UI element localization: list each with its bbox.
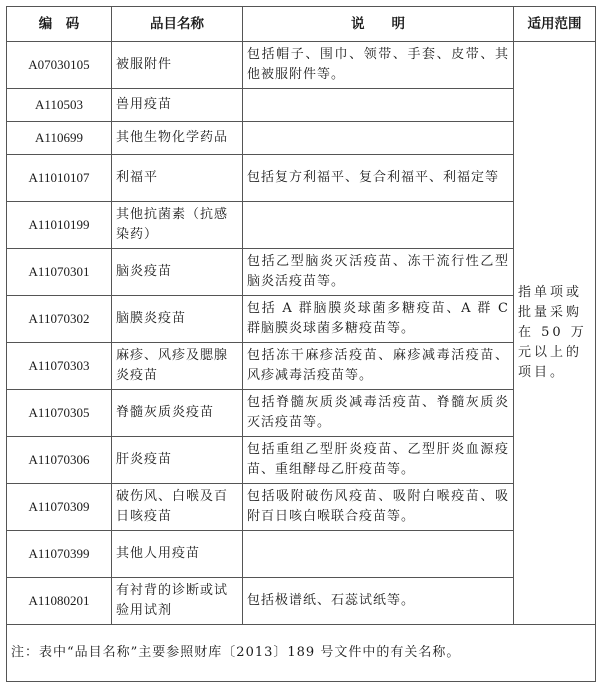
item-code: A11010199 bbox=[7, 202, 112, 249]
table-row: A11070302 脑膜炎疫苗 包括 A 群脑膜炎球菌多糖疫苗、A 群 C 群脑… bbox=[7, 296, 596, 343]
item-code: A11070301 bbox=[7, 249, 112, 296]
table-row: A11070301 脑炎疫苗 包括乙型脑炎灭活疫苗、冻干流行性乙型脑炎活疫苗等。 bbox=[7, 249, 596, 296]
item-name: 其他生物化学药品 bbox=[112, 122, 243, 155]
scope-cell: 指单项或批量采购在 50 万元以上的项目。 bbox=[514, 42, 596, 625]
header-code: 编 码 bbox=[7, 7, 112, 42]
item-name: 脑炎疫苗 bbox=[112, 249, 243, 296]
item-name: 脊髓灰质炎疫苗 bbox=[112, 390, 243, 437]
item-desc: 包括乙型脑炎灭活疫苗、冻干流行性乙型脑炎活疫苗等。 bbox=[243, 249, 514, 296]
table-row: A07030105 被服附件 包括帽子、围巾、领带、手套、皮带、其他被服附件等。… bbox=[7, 42, 596, 89]
item-desc: 包括 A 群脑膜炎球菌多糖疫苗、A 群 C 群脑膜炎球菌多糖疫苗等。 bbox=[243, 296, 514, 343]
item-code: A110699 bbox=[7, 122, 112, 155]
item-desc: 包括复方利福平、复合利福平、利福定等 bbox=[243, 155, 514, 202]
table-row: A110503 兽用疫苗 bbox=[7, 89, 596, 122]
item-name: 肝炎疫苗 bbox=[112, 437, 243, 484]
item-code: A11070305 bbox=[7, 390, 112, 437]
item-name: 被服附件 bbox=[112, 42, 243, 89]
item-code: A11070303 bbox=[7, 343, 112, 390]
item-name: 破伤风、白喉及百日咳疫苗 bbox=[112, 484, 243, 531]
table-row: A11070399 其他人用疫苗 bbox=[7, 531, 596, 578]
item-desc: 包括吸附破伤风疫苗、吸附白喉疫苗、吸附百日咳白喉联合疫苗等。 bbox=[243, 484, 514, 531]
table-row: A110699 其他生物化学药品 bbox=[7, 122, 596, 155]
table-row: A11070306 肝炎疫苗 包括重组乙型肝炎疫苗、乙型肝炎血源疫苗、重组酵母乙… bbox=[7, 437, 596, 484]
item-code: A11070306 bbox=[7, 437, 112, 484]
item-name: 其他人用疫苗 bbox=[112, 531, 243, 578]
item-name: 有衬背的诊断或试验用试剂 bbox=[112, 578, 243, 625]
catalog-table: 编 码 品目名称 说 明 适用范围 A07030105 被服附件 包括帽子、围巾… bbox=[6, 6, 596, 682]
item-code: A07030105 bbox=[7, 42, 112, 89]
item-name: 脑膜炎疫苗 bbox=[112, 296, 243, 343]
table-row: A11070303 麻疹、风疹及腮腺炎疫苗 包括冻干麻疹活疫苗、麻疹减毒活疫苗、… bbox=[7, 343, 596, 390]
header-desc: 说 明 bbox=[243, 7, 514, 42]
item-desc bbox=[243, 202, 514, 249]
item-desc: 包括重组乙型肝炎疫苗、乙型肝炎血源疫苗、重组酵母乙肝疫苗等。 bbox=[243, 437, 514, 484]
table-row: A11010199 其他抗菌素（抗感染药） bbox=[7, 202, 596, 249]
item-name: 其他抗菌素（抗感染药） bbox=[112, 202, 243, 249]
item-code: A11070399 bbox=[7, 531, 112, 578]
table-row: A11070305 脊髓灰质炎疫苗 包括脊髓灰质炎减毒活疫苗、脊髓灰质炎灭活疫苗… bbox=[7, 390, 596, 437]
item-code: A11070302 bbox=[7, 296, 112, 343]
header-scope: 适用范围 bbox=[514, 7, 596, 42]
item-desc bbox=[243, 89, 514, 122]
item-code: A11070309 bbox=[7, 484, 112, 531]
item-desc: 包括帽子、围巾、领带、手套、皮带、其他被服附件等。 bbox=[243, 42, 514, 89]
item-name: 麻疹、风疹及腮腺炎疫苗 bbox=[112, 343, 243, 390]
table-row: A11080201 有衬背的诊断或试验用试剂 包括极谱纸、石蕊试纸等。 bbox=[7, 578, 596, 625]
item-code: A110503 bbox=[7, 89, 112, 122]
item-desc: 包括极谱纸、石蕊试纸等。 bbox=[243, 578, 514, 625]
header-row: 编 码 品目名称 说 明 适用范围 bbox=[7, 7, 596, 42]
item-desc: 包括脊髓灰质炎减毒活疫苗、脊髓灰质炎灭活疫苗等。 bbox=[243, 390, 514, 437]
item-desc: 包括冻干麻疹活疫苗、麻疹减毒活疫苗、风疹减毒活疫苗等。 bbox=[243, 343, 514, 390]
table-row: A11010107 利福平 包括复方利福平、复合利福平、利福定等 bbox=[7, 155, 596, 202]
item-name: 利福平 bbox=[112, 155, 243, 202]
table-note: 注：表中“品目名称”主要参照财库〔2013〕189 号文件中的有关名称。 bbox=[7, 625, 596, 682]
item-code: A11080201 bbox=[7, 578, 112, 625]
item-desc bbox=[243, 122, 514, 155]
item-desc bbox=[243, 531, 514, 578]
item-code: A11010107 bbox=[7, 155, 112, 202]
table-row: A11070309 破伤风、白喉及百日咳疫苗 包括吸附破伤风疫苗、吸附白喉疫苗、… bbox=[7, 484, 596, 531]
note-row: 注：表中“品目名称”主要参照财库〔2013〕189 号文件中的有关名称。 bbox=[7, 625, 596, 682]
header-name: 品目名称 bbox=[112, 7, 243, 42]
item-name: 兽用疫苗 bbox=[112, 89, 243, 122]
